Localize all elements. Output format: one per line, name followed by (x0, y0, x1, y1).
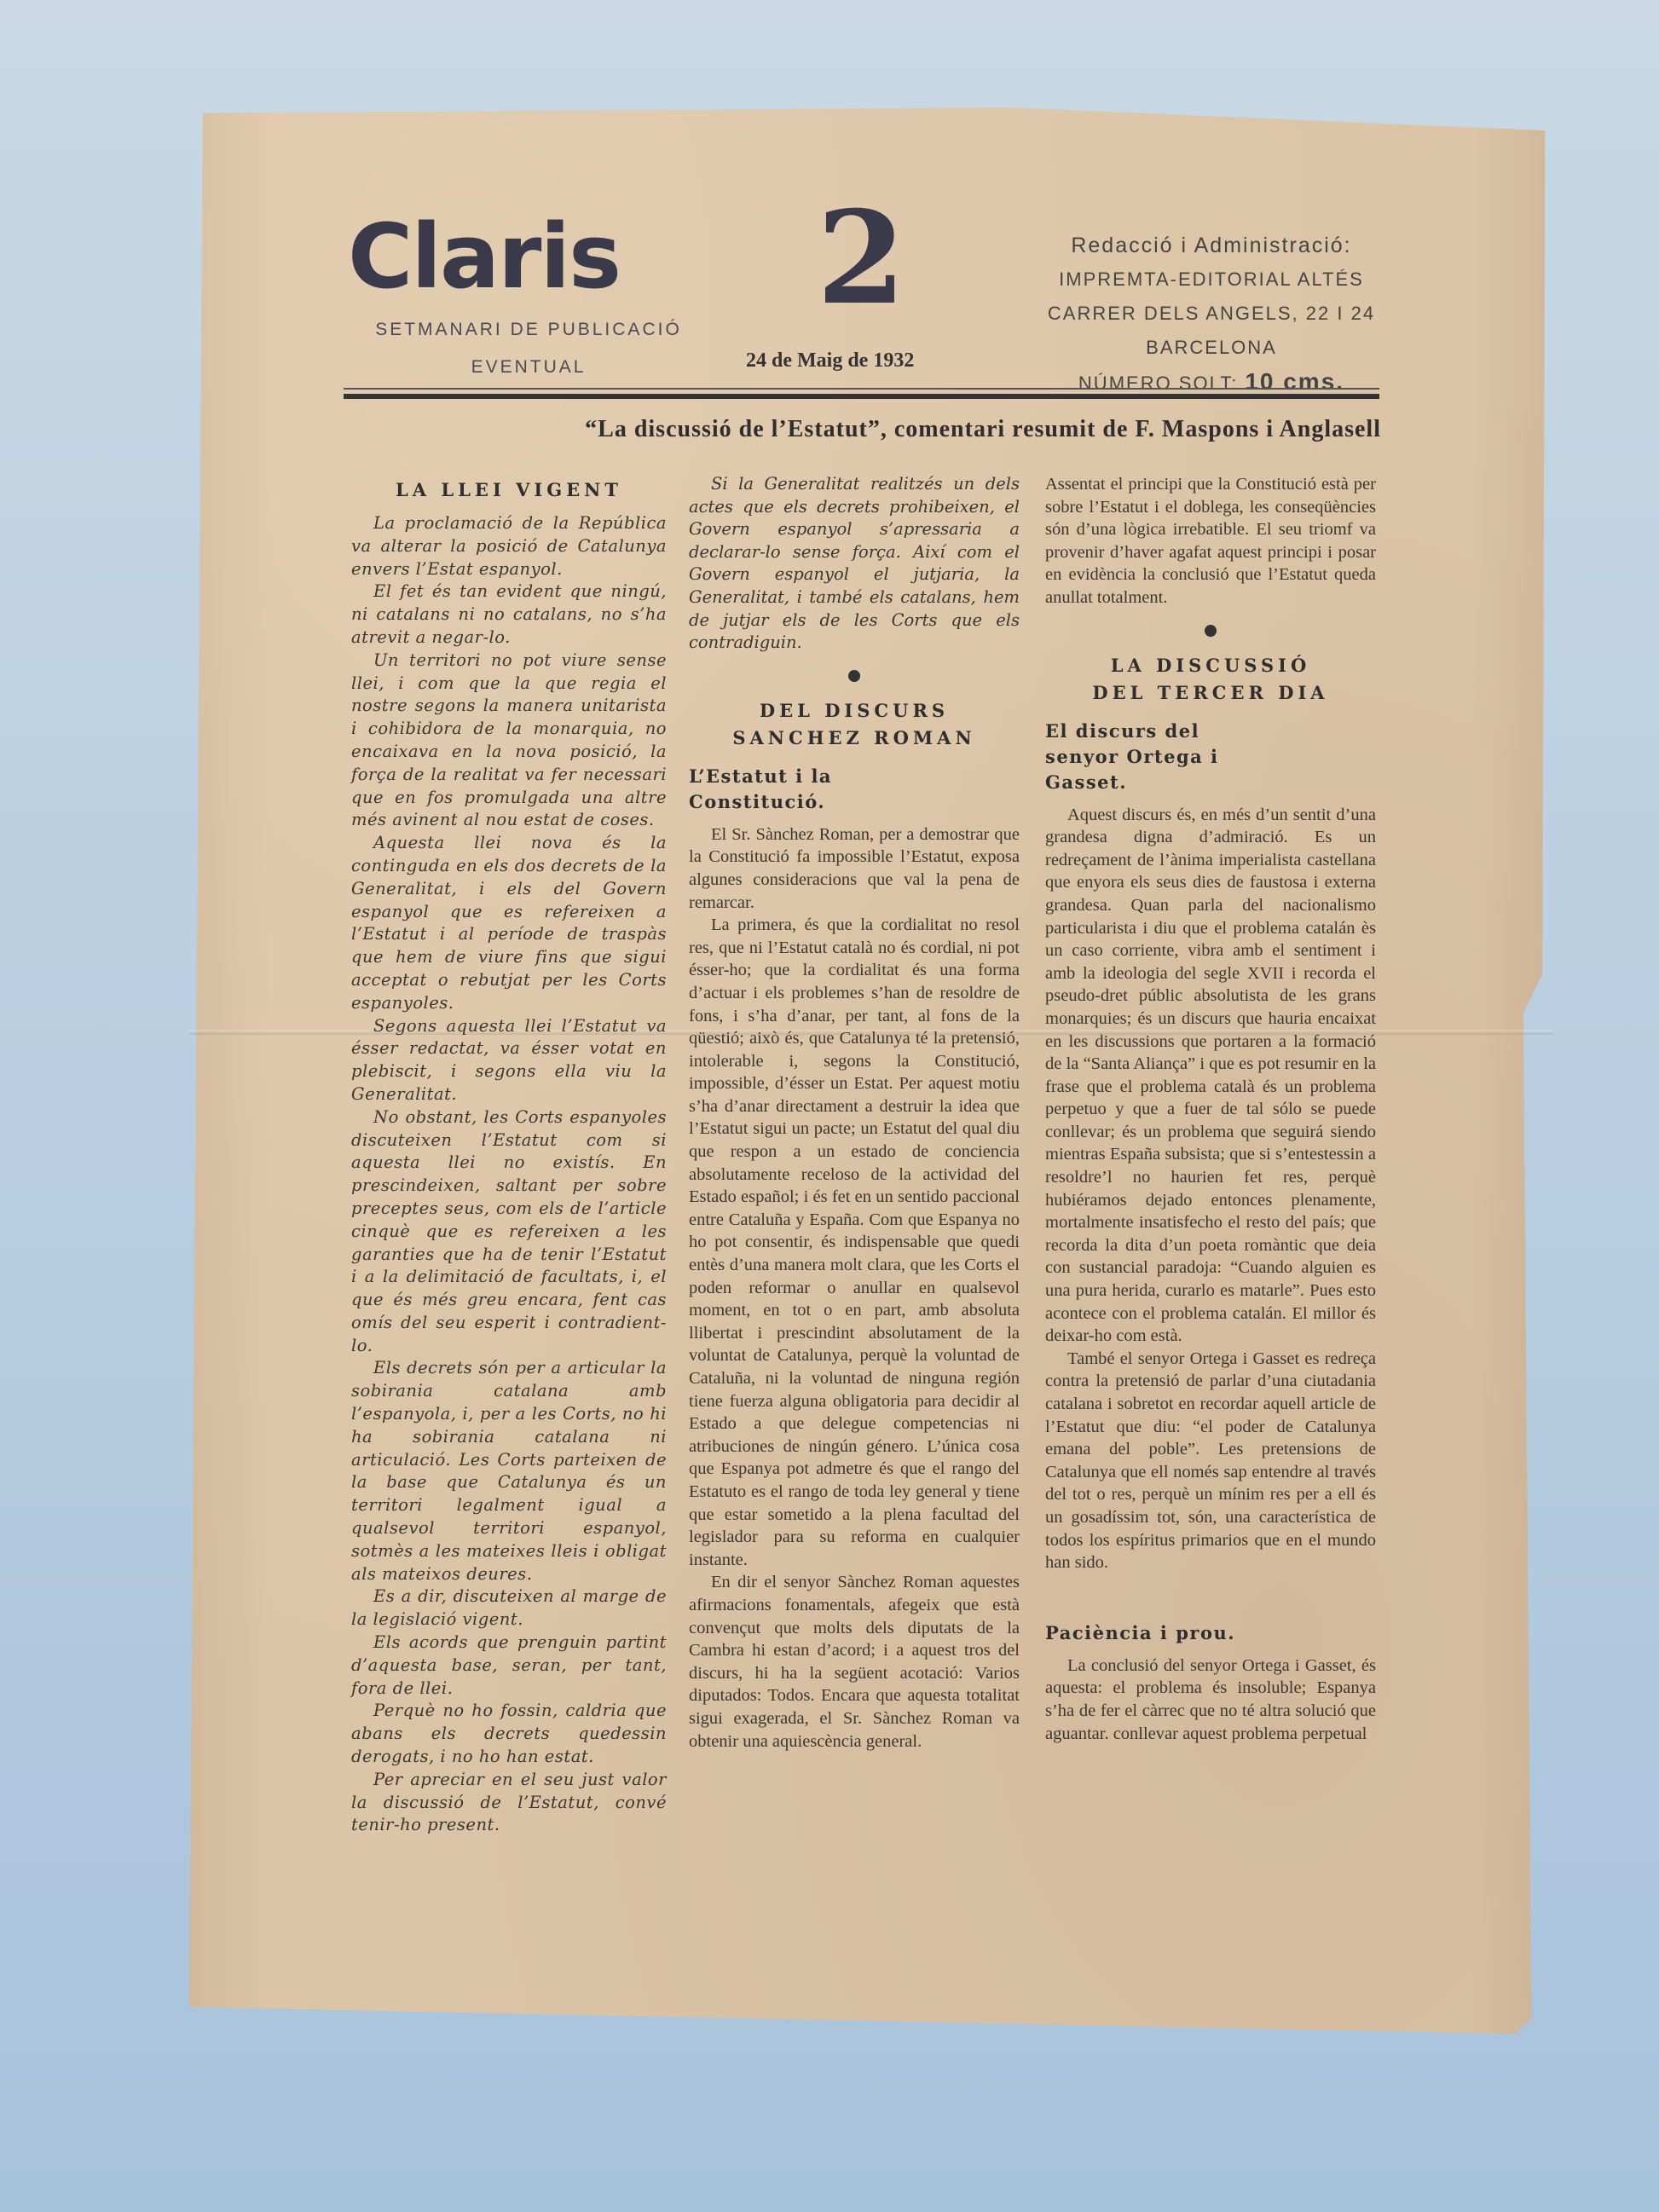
subheading-paciencia: Paciència i prou. (1045, 1620, 1376, 1646)
paragraph: El Sr. Sànchez Roman, per a demostrar qu… (689, 823, 1020, 914)
section-heading-line-1: DEL DISCURS (689, 697, 1020, 725)
paragraph: Per apreciar en el seu just valor la dis… (351, 1769, 667, 1837)
paragraph: Segons aquesta llei l’Estatut va ésser r… (351, 1015, 667, 1106)
price-value: 10 cms. (1245, 368, 1344, 395)
admin-address: CARRER DELS ANGELS, 22 I 24 (1045, 297, 1378, 331)
publication-subtitle: SETMANARI DE PUBLICACIÓ EVENTUAL (358, 311, 699, 386)
paragraph: En dir el senyor Sànchez Roman aquestes … (689, 1571, 1020, 1753)
paragraph-intro: Assentat el principi que la Constitució … (1045, 473, 1376, 609)
price-label: NÚMERO SOLT: (1078, 373, 1238, 394)
issue-number: 2 (817, 194, 905, 322)
masthead-rule-thick (344, 394, 1379, 399)
paragraph: Aquest discurs és, en més d’un sentit d’… (1045, 804, 1376, 1348)
paragraph: Perquè no ho fossin, caldria que abans e… (351, 1700, 667, 1768)
administration-block: Redacció i Administració: IMPREMTA-EDITO… (1045, 228, 1378, 401)
newspaper-title: Claris (348, 205, 620, 309)
paragraph: La conclusió del senyor Ortega i Gasset,… (1045, 1655, 1376, 1745)
paragraph: No obstant, les Corts espanyoles discute… (351, 1106, 667, 1358)
paragraph: El fet és tan evident que ningú, ni cata… (351, 580, 667, 649)
paragraph: La proclamació de la República va altera… (351, 512, 667, 580)
section-bullet-icon (1205, 625, 1217, 637)
section-heading-discurs: DEL DISCURS SANCHEZ ROMAN (689, 697, 1020, 752)
spacer (1045, 1574, 1376, 1608)
section-heading-llei-vigent: LA LLEI VIGENT (351, 476, 667, 504)
section-heading-line-2: SANCHEZ ROMAN (689, 725, 1020, 752)
article-headline: “La discussió de l’Estatut”, comentari r… (341, 416, 1381, 443)
section-heading-line-1: LA DISCUSSIÓ (1045, 652, 1376, 679)
section-bullet-icon (848, 670, 860, 682)
subtitle-line-2: EVENTUAL (358, 349, 699, 386)
section-heading-tercer-dia: LA DISCUSSIÓ DEL TERCER DIA (1045, 652, 1376, 707)
column-2: Si la Generalitat realitzés un dels acte… (689, 473, 1020, 1753)
section-heading-line-2: DEL TERCER DIA (1045, 679, 1376, 707)
column-1: LA LLEI VIGENT La proclamació de la Repú… (351, 473, 667, 1837)
subheading-ortega-gasset: El discurs del senyor Ortega i Gasset. (1045, 719, 1250, 795)
column-3: Assentat el principi que la Constitució … (1045, 473, 1376, 1745)
subheading-estatut-constitucio: L’Estatut i la Constitució. (689, 764, 893, 815)
admin-city: BARCELONA (1045, 331, 1378, 365)
paragraph-intro: Si la Generalitat realitzés un dels acte… (689, 473, 1020, 655)
paragraph: La primera, és que la cordialitat no res… (689, 914, 1020, 1571)
paragraph: Els decrets són per a articular la sobir… (351, 1357, 667, 1585)
admin-heading: Redacció i Administració: (1045, 228, 1378, 263)
paragraph: Es a dir, discuteixen al marge de la leg… (351, 1585, 667, 1632)
paragraph: Un territori no pot viure sense llei, i … (351, 650, 667, 832)
paragraph: També el senyor Ortega i Gasset es redre… (1045, 1348, 1376, 1574)
subtitle-line-1: SETMANARI DE PUBLICACIÓ (358, 311, 699, 349)
masthead-rule-thin (344, 388, 1379, 390)
paragraph: Aquesta llei nova és la continguda en el… (351, 832, 667, 1014)
issue-date: 24 de Maig de 1932 (746, 349, 914, 373)
paragraph: Els acords que prenguin partint d’aquest… (351, 1632, 667, 1700)
admin-publisher: IMPREMTA-EDITORIAL ALTÉS (1045, 263, 1378, 297)
